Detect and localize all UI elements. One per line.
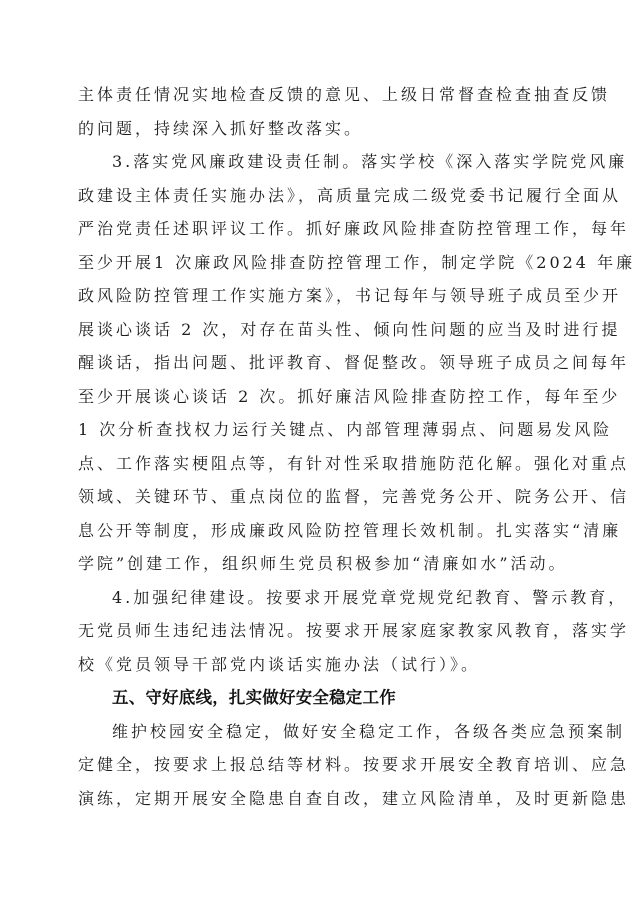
text-line: 4.加强纪律建设。按要求开展党章党规党纪教育、警示教育， xyxy=(78,581,562,615)
text-line: 至少开展1 次廉政风险排查防控管理工作，制定学院《2024 年廉 xyxy=(78,246,562,280)
text-line: 息公开等制度，形成廉政风险防控管理长效机制。扎实落实“清廉 xyxy=(78,514,562,548)
text-line: 展谈心谈话 2 次，对存在苗头性、倾向性问题的应当及时进行提 xyxy=(78,313,562,347)
text-line: 醒谈话，指出问题、批评教育、督促整改。领导班子成员之间每年 xyxy=(78,346,562,380)
paragraph-safety: 维护校园安全稳定，做好安全稳定工作，各级各类应急预案制 定健全，按要求上报总结等… xyxy=(78,715,562,816)
text-line: 的问题，持续深入抓好整改落实。 xyxy=(78,112,562,146)
text-line: 政建设主体责任实施办法》，高质量完成二级党委书记履行全面从 xyxy=(78,179,562,213)
paragraph-item-3: 3.落实党风廉政建设责任制。落实学校《深入落实学院党风廉 政建设主体责任实施办法… xyxy=(78,145,562,581)
paragraph-continuation: 主体责任情况实地检查反馈的意见、上级日常督查检查抽查反馈 的问题，持续深入抓好整… xyxy=(78,78,562,145)
text-line: 演练，定期开展安全隐患自查自改，建立风险清单，及时更新隐患 xyxy=(78,782,562,816)
text-line: 点、工作落实梗阻点等，有针对性采取措施防范化解。强化对重点 xyxy=(78,447,562,481)
document-body: 主体责任情况实地检查反馈的意见、上级日常督查检查抽查反馈 的问题，持续深入抓好整… xyxy=(78,78,562,815)
text-line: 定健全，按要求上报总结等材料。按要求开展安全教育培训、应急 xyxy=(78,748,562,782)
document-page: 主体责任情况实地检查反馈的意见、上级日常督查检查抽查反馈 的问题，持续深入抓好整… xyxy=(0,0,639,905)
text-line: 校《党员领导干部党内谈话实施办法（试行）》。 xyxy=(78,648,562,682)
section-heading: 五、守好底线，扎实做好安全稳定工作 xyxy=(78,681,562,715)
text-line: 3.落实党风廉政建设责任制。落实学校《深入落实学院党风廉 xyxy=(78,145,562,179)
text-line: 学院”创建工作，组织师生党员积极参加“清廉如水”活动。 xyxy=(78,547,562,581)
text-line: 严治党责任述职评议工作。抓好廉政风险排查防控管理工作，每年 xyxy=(78,212,562,246)
text-line: 政风险防控管理工作实施方案》，书记每年与领导班子成员至少开 xyxy=(78,279,562,313)
paragraph-item-4: 4.加强纪律建设。按要求开展党章党规党纪教育、警示教育， 无党员师生违纪违法情况… xyxy=(78,581,562,682)
text-line: 主体责任情况实地检查反馈的意见、上级日常督查检查抽查反馈 xyxy=(78,78,562,112)
text-line: 维护校园安全稳定，做好安全稳定工作，各级各类应急预案制 xyxy=(78,715,562,749)
text-line: 领域、关键环节、重点岗位的监督，完善党务公开、院务公开、信 xyxy=(78,480,562,514)
text-line: 无党员师生违纪违法情况。按要求开展家庭家教家风教育，落实学 xyxy=(78,614,562,648)
text-line: 1 次分析查找权力运行关键点、内部管理薄弱点、问题易发风险 xyxy=(78,413,562,447)
text-line: 至少开展谈心谈话 2 次。抓好廉洁风险排查防控工作，每年至少 xyxy=(78,380,562,414)
